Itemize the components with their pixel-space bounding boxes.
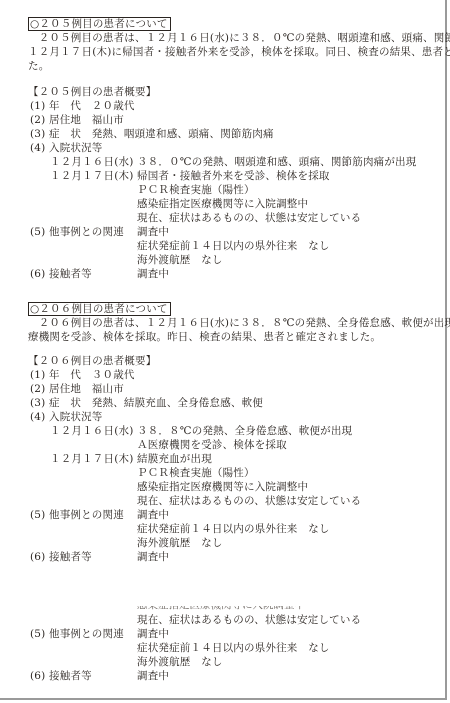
case-205-relation: 海外渡航歴 なし	[137, 254, 223, 267]
case-206-heading-text: ○２０６例目の患者について	[28, 302, 171, 316]
fragment-contacts-label: (6) 接触者等	[30, 670, 92, 683]
case-206-relation-label: (5) 他事例との関連	[30, 509, 124, 522]
case-206-event: 感染症指定医療機関等に入院調整中	[137, 481, 308, 494]
fragment-status: 現在、症状はあるものの、状態は安定している	[137, 614, 361, 627]
case-205-paragraph-1: ２０５例目の患者は、１２月１６日(水)に３８．０℃の発熱、咽頭違和感、頭痛、関節…	[28, 32, 450, 45]
case-206-contacts-label: (6) 接触者等	[30, 551, 92, 564]
case-206-symptoms: (3) 症 状 発熱、結膜充血、全身倦怠感、軟便	[30, 397, 263, 410]
case-205-event: 帰国者・接触者外来を受診、検体を採取	[137, 170, 330, 183]
case-206-relation: 海外渡航歴 なし	[137, 537, 223, 550]
case-206-event: ＰＣＲ検査実施（陽性）	[137, 467, 255, 480]
case-206-age: (1) 年 代 ３０歳代	[30, 369, 135, 382]
fragment-contacts: 調査中	[137, 670, 169, 683]
case-206-contacts: 調査中	[137, 551, 169, 564]
case-206-relation: 症状発症前１４日以内の県外往来 なし	[137, 523, 330, 536]
case-205-relation: 調査中	[137, 226, 169, 239]
case-206-date-1: １２月１６日(水)	[50, 425, 134, 438]
case-206-date-2: １２月１７日(木)	[50, 453, 134, 466]
clipped-line: 感染症指定医療機関等に入院調整中	[137, 606, 337, 612]
fragment-relation: 調査中	[137, 628, 169, 641]
case-205-relation-label: (5) 他事例との関連	[30, 226, 124, 239]
case-205-hospital-status: (4) 入院状況等	[30, 142, 103, 155]
case-205-heading-text: ○２０５例目の患者について	[28, 17, 171, 31]
case-205-event: 感染症指定医療機関等に入院調整中	[137, 198, 308, 211]
clipped-line-text: 感染症指定医療機関等に入院調整中	[137, 606, 305, 612]
case-206-event: 現在、症状はあるものの、状態は安定している	[137, 495, 361, 508]
case-205-date-1: １２月１６日(水)	[50, 156, 134, 169]
case-205-summary-title: 【２０５例目の患者概要】	[28, 86, 156, 99]
fragment-relation: 症状発症前１４日以内の県外往来 なし	[137, 642, 330, 655]
case-206-heading: ○２０６例目の患者について	[28, 303, 171, 316]
fragment-relation-label: (5) 他事例との関連	[30, 628, 124, 641]
case-205-age: (1) 年 代 ２０歳代	[30, 100, 135, 113]
case-205-heading: ○２０５例目の患者について	[28, 18, 171, 31]
case-205-paragraph-2: １２月１７日(木)に帰国者・接触者外来を受診，検体を採取。同日、検査の結果、患者…	[28, 46, 450, 59]
case-205-event: ３８．０℃の発熱、咽頭違和感、頭痛、関節筋肉痛が出現	[137, 156, 416, 169]
case-206-hospital-status: (4) 入院状況等	[30, 411, 103, 424]
case-205-date-2: １２月１７日(木)	[50, 170, 134, 183]
case-205-symptoms: (3) 症 状 発熱、咽頭違和感、頭痛、関節筋肉痛	[30, 128, 274, 141]
case-206-event: ３８．８℃の発熱、全身倦怠感、軟便が出現	[137, 425, 352, 438]
document-page: ○２０５例目の患者について ２０５例目の患者は、１２月１６日(水)に３８．０℃の…	[0, 0, 447, 700]
case-206-summary-title: 【２０６例目の患者概要】	[28, 355, 156, 368]
case-205-contacts-label: (6) 接触者等	[30, 268, 92, 281]
case-206-event: Ａ医療機関を受診、検体を採取	[137, 439, 287, 452]
case-205-event: ＰＣＲ検査実施（陽性）	[137, 184, 255, 197]
fragment-relation: 海外渡航歴 なし	[137, 656, 223, 669]
case-205-contacts: 調査中	[137, 268, 169, 281]
case-205-residence: (2) 居住地 福山市	[30, 114, 124, 127]
case-206-residence: (2) 居住地 福山市	[30, 383, 124, 396]
case-206-relation: 調査中	[137, 509, 169, 522]
case-205-paragraph-3: た。	[28, 60, 49, 73]
case-205-event: 現在、症状はあるものの、状態は安定している	[137, 212, 361, 225]
case-206-event: 結膜充血が出現	[137, 453, 212, 466]
case-206-paragraph-2: 療機関を受診、検体を採取。昨日、検査の結果、患者と確定されました。	[28, 331, 381, 344]
case-205-relation: 症状発症前１４日以内の県外往来 なし	[137, 240, 330, 253]
case-206-paragraph-1: ２０６例目の患者は、１２月１６日(水)に３８．８℃の発熱、全身倦怠感、軟便が出現…	[28, 317, 450, 330]
